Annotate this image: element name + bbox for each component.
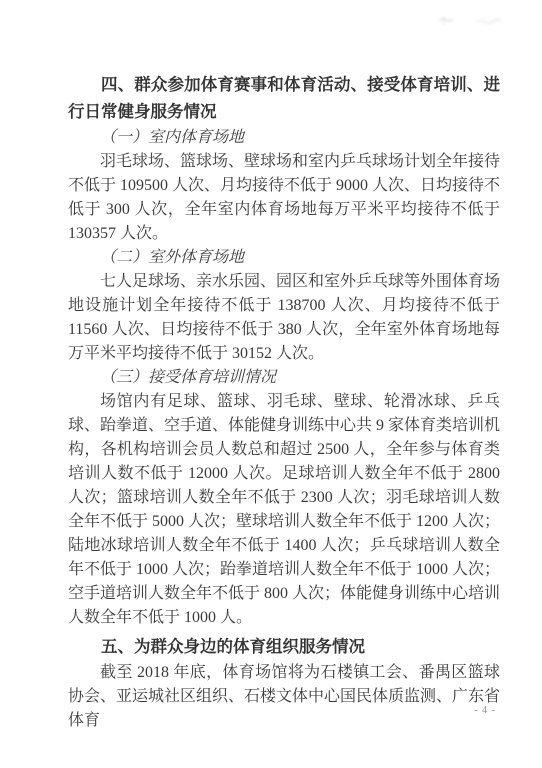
subsection-heading: （三）接受体育培训情况 bbox=[68, 366, 500, 390]
document-page: 四、群众参加体育赛事和体育活动、接受体育培训、进行日常健身服务情况（一）室内体育… bbox=[0, 0, 542, 768]
scan-smudge-icon bbox=[436, 13, 510, 29]
paragraph: 截至 2018 年底，体育场馆将为石楼镇工会、番禺区篮球协会、亚运城社区组织、石… bbox=[68, 661, 500, 733]
document-body: 四、群众参加体育赛事和体育活动、接受体育培训、进行日常健身服务情况（一）室内体育… bbox=[68, 72, 500, 733]
section-heading: 四、群众参加体育赛事和体育活动、接受体育培训、进行日常健身服务情况 bbox=[68, 72, 500, 126]
paragraph: 羽毛球场、篮球场、壁球场和室内乒乓球场计划全年接待不低于 109500 人次、月… bbox=[68, 150, 500, 246]
subsection-heading: （二）室外体育场地 bbox=[68, 246, 500, 270]
subsection-heading: （一）室内体育场地 bbox=[68, 126, 500, 150]
page-number: - 4 - bbox=[474, 705, 496, 716]
section-heading: 五、为群众身边的体育组织服务情况 bbox=[68, 634, 500, 661]
paragraph: 七人足球场、亲水乐园、园区和室外乒乓球等外围体育场地设施计划全年接待不低于 13… bbox=[68, 270, 500, 366]
paragraph: 场馆内有足球、篮球、羽毛球、壁球、轮滑冰球、乒乓球、跆拳道、空手道、体能健身训练… bbox=[68, 390, 500, 630]
